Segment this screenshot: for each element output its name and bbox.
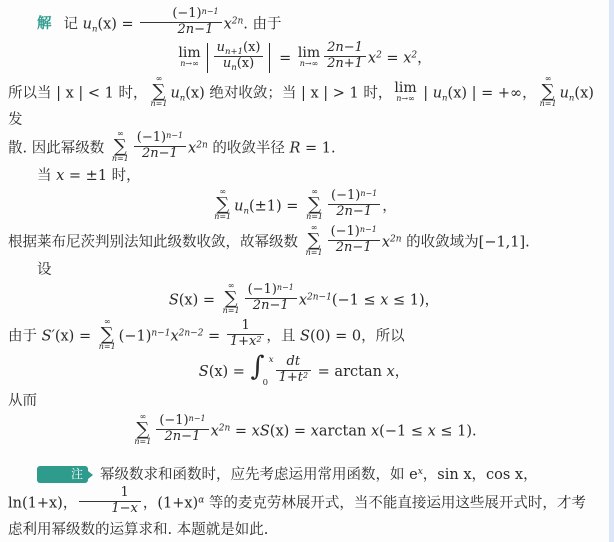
math-fraction: (−1)n−12n−1: [156, 414, 208, 445]
cn-text-run: 绝对收敛；当 | x | > 1 时，: [205, 85, 393, 101]
math-variable: x: [428, 424, 436, 440]
math-token: (x): [209, 364, 229, 380]
math-fraction: 11+x2: [227, 319, 265, 350]
sum-lower-limit: n=1: [134, 438, 151, 446]
math-variable: x: [224, 16, 232, 32]
math-token: (x): [237, 56, 254, 71]
fraction-numerator: 2n−1: [324, 41, 366, 56]
limit-operator: limn→∞: [394, 81, 416, 103]
math-token: 2n−1: [165, 429, 201, 444]
math-fraction: (−1)n−12n−1: [134, 131, 186, 162]
math-variable: R: [289, 140, 300, 156]
math-fraction: (−1)n−12n−1: [140, 7, 221, 38]
summation-symbol: ∞∑n=1: [306, 224, 323, 257]
cn-text-run: ，(1+x): [143, 495, 198, 511]
sigma-glyph: ∑: [308, 196, 321, 213]
cn-text-run: 所以当 | x | < 1 时，: [8, 85, 147, 101]
sigma-glyph: ∑: [225, 290, 238, 307]
fraction-denominator: 2n+1: [324, 56, 366, 72]
ratio-test-formula: limn→∞un+1(x)un(x) = limn→∞2n−12n+1x2 = …: [8, 43, 600, 74]
math-token: 2n+1: [327, 56, 363, 71]
cn-text-run: 的收敛半径: [208, 140, 290, 156]
equals-sign: =: [198, 293, 219, 309]
sum-function-definition-formula: S(x) = ∞∑n=1(−1)n−12n−1x2n−1(−1 ≤ x ≤ 1)…: [8, 284, 600, 317]
sum-lower-limit: n=1: [112, 155, 129, 163]
solution-badge: 解: [37, 16, 52, 32]
fraction-numerator: (−1)n−1: [245, 283, 297, 298]
math-token: (±1): [249, 199, 282, 215]
solution-intro-line: 解记 un(x) = (−1)n−12n−1x2n. 由于: [8, 9, 600, 40]
integral-operator: ∫x0: [251, 356, 273, 388]
lim-word: lim: [178, 46, 200, 60]
math-token: (−1 ≤: [332, 293, 380, 309]
math-token: (−1): [172, 6, 201, 21]
equals-sign: =: [203, 329, 224, 345]
math-superscript: n−1: [277, 283, 294, 292]
math-variable: S′: [42, 329, 55, 345]
math-superscript: n−1: [166, 131, 183, 140]
math-variable: x: [299, 293, 307, 309]
fraction-numerator: (−1)n−1: [328, 225, 380, 240]
equals-sign: =: [382, 50, 403, 66]
cn-text-run: ，所以: [361, 329, 405, 345]
math-superscript: 2n: [196, 140, 208, 150]
textbook-solution-page: 解记 un(x) = (−1)n−12n−1x2n. 由于 limn→∞un+1…: [0, 0, 614, 542]
abs-bar: [207, 43, 208, 73]
math-fraction: dt1+t2: [276, 355, 311, 386]
convergence-discussion-line: 所以当 | x | < 1 时，∞∑n=1un(x) 绝对收敛；当 | x | …: [8, 77, 600, 131]
note-section: 注幂级数求和函数时，应先考虑运用常用函数，如 ex，sin x，cos x，ln…: [8, 464, 600, 541]
fraction-numerator: (−1)n−1: [328, 189, 380, 204]
summation-symbol: ∞∑n=1: [99, 318, 116, 351]
fraction-numerator: 1: [79, 486, 141, 501]
fraction-numerator: (−1)n−1: [134, 131, 186, 146]
sigma-glyph: ∑: [136, 421, 149, 438]
math-token: (x): [574, 85, 594, 101]
therefore-line: 从而: [8, 391, 600, 412]
math-token: ≤ 1)，: [388, 293, 439, 309]
math-fraction: 2n−12n+1: [324, 41, 366, 72]
fraction-denominator: 1+t2: [276, 370, 311, 386]
math-superscript: 2: [303, 371, 308, 380]
math-fraction: un+1(x)un(x): [214, 41, 264, 72]
math-token: ≤ 1).: [436, 424, 477, 440]
sigma-glyph: ∑: [216, 196, 229, 213]
cn-text-run: 记: [64, 16, 83, 32]
fraction-numerator: 1: [227, 319, 265, 334]
math-token: (x): [179, 293, 199, 309]
math-token: 1+t: [279, 370, 303, 385]
derivative-line: 由于 S′(x) = ∞∑n=1(−1)n−1x2n−2 = 11+x2，且 S…: [8, 320, 600, 353]
fraction-numerator: (−1)n−1: [156, 414, 208, 429]
endpoint-series-formula: ∞∑n=1un(±1) = ∞∑n=1(−1)n−12n−1，: [8, 190, 600, 223]
cn-text-run: . 由于: [243, 16, 281, 32]
math-token: 1: [241, 318, 249, 333]
math-token: (−1): [248, 282, 277, 297]
math-variable: S: [199, 364, 209, 380]
math-superscript: n−1: [189, 414, 206, 423]
math-variable: u: [217, 40, 225, 55]
math-fraction: (−1)n−12n−1: [328, 225, 380, 256]
equals-sign: =: [274, 50, 295, 66]
lim-subscript: n→∞: [396, 95, 415, 103]
cn-text-run: 当: [37, 168, 56, 184]
integral-lower-bound: 0: [263, 379, 268, 388]
summation-symbol: ∞∑n=1: [134, 413, 151, 446]
punctuation: ，: [382, 199, 397, 215]
math-variable: S: [169, 293, 179, 309]
radius-conclusion-line: 散. 因此幂级数 ∞∑n=1(−1)n−12n−1x2n 的收敛半径 R = 1…: [8, 132, 600, 165]
math-token: 2n−1: [336, 240, 372, 255]
sum-lower-limit: n=1: [540, 100, 557, 108]
equals-sign: =: [289, 424, 310, 440]
math-token: (x): [448, 85, 468, 101]
sigma-glyph: ∑: [542, 83, 555, 100]
fraction-numerator: un+1(x): [214, 41, 264, 56]
equals-sign: =: [313, 364, 334, 380]
math-superscript: 2n−2: [179, 329, 204, 339]
function-name: arctan: [319, 424, 371, 440]
cn-text-run: 从而: [8, 393, 37, 409]
summation-symbol: ∞∑n=1: [214, 188, 231, 221]
abs-bar-text: |: [419, 85, 433, 101]
math-token: = 1.: [300, 140, 335, 156]
endpoint-case-line: 当 x = ±1 时，: [8, 166, 600, 187]
sum-lower-limit: n=1: [223, 307, 240, 315]
math-token: 1−x: [111, 501, 138, 516]
math-token: (−1 ≤: [379, 424, 427, 440]
math-superscript: n−1: [151, 329, 170, 339]
fraction-numerator: dt: [276, 355, 311, 370]
page-edge-strip: [609, 0, 614, 542]
math-token: (0) = 0: [310, 329, 361, 345]
math-variable: x: [311, 424, 319, 440]
math-fraction: (−1)n−12n−1: [328, 189, 380, 220]
math-token: (x): [185, 85, 205, 101]
math-token: (−1): [119, 329, 152, 345]
math-token: 2n−1: [327, 40, 363, 55]
math-token: 1+x: [230, 334, 257, 349]
fraction-denominator: 2n−1: [245, 298, 297, 314]
math-token: 2n−1: [336, 204, 372, 219]
summation-symbol: ∞∑n=1: [150, 75, 167, 108]
integral-formula: S(x) = ∫x0dt1+t2 = arctan x，: [8, 356, 600, 388]
cn-text-run: 由于: [8, 329, 42, 345]
math-variable: u: [560, 85, 569, 101]
note-badge: 注: [37, 466, 88, 483]
equals-sign: =: [74, 329, 95, 345]
math-token: (−1): [137, 130, 166, 145]
math-superscript: 2n: [390, 235, 402, 245]
lim-word: lim: [298, 46, 320, 60]
sum-lower-limit: n=1: [306, 249, 323, 257]
math-fraction: (−1)n−12n−1: [245, 283, 297, 314]
summation-symbol: ∞∑n=1: [223, 282, 240, 315]
math-fraction: 11−x: [79, 486, 141, 517]
equals-sign: =: [230, 424, 251, 440]
lim-subscript: n→∞: [300, 60, 319, 68]
math-token: 2n−1: [253, 298, 289, 313]
final-result-formula: ∞∑n=1(−1)n−12n−1x2n = xS(x) = xarctan x(…: [8, 415, 600, 448]
math-variable: x: [387, 364, 395, 380]
integral-upper-bound: x: [269, 356, 274, 365]
math-token: 2n−1: [142, 146, 178, 161]
math-token: dt: [287, 354, 301, 369]
math-variable: u: [83, 16, 92, 32]
math-variable: x: [188, 140, 196, 156]
punctuation: ，: [395, 364, 410, 380]
note-paragraph: 注幂级数求和函数时，应先考虑运用常用函数，如 ex，sin x，cos x，ln…: [8, 464, 600, 541]
math-superscript: n−1: [360, 189, 377, 198]
fraction-denominator: 2n−1: [140, 22, 221, 38]
math-superscript: n−1: [360, 225, 377, 234]
cn-text-run: 根据莱布尼茨判别法知此级数收敛，故幂级数: [8, 235, 303, 251]
math-token: (x): [55, 329, 75, 345]
sigma-glyph: ∑: [114, 138, 127, 155]
math-variable: x: [252, 424, 260, 440]
sigma-glyph: ∑: [101, 326, 114, 343]
math-variable: u: [234, 199, 243, 215]
math-variable: x: [368, 50, 376, 66]
sum-lower-limit: n=1: [99, 343, 116, 351]
fraction-denominator: 2n−1: [328, 240, 380, 256]
summation-symbol: ∞∑n=1: [112, 130, 129, 163]
limit-operator: limn→∞: [298, 46, 320, 68]
cn-text-run: 设: [37, 262, 52, 278]
let-line: 设: [8, 260, 600, 281]
convergence-domain-line: 根据莱布尼茨判别法知此级数收敛，故幂级数 ∞∑n=1(−1)n−12n−1x2n…: [8, 226, 600, 259]
summation-symbol: ∞∑n=1: [540, 75, 557, 108]
math-variable: S: [260, 424, 270, 440]
lim-word: lim: [394, 81, 416, 95]
fraction-denominator: 1+x2: [227, 334, 265, 350]
cn-text-run: ，且: [266, 329, 300, 345]
cn-text-run: 发: [8, 112, 23, 128]
math-token: 2n−1: [178, 22, 214, 37]
punctuation: ，: [417, 50, 432, 66]
math-token: (−1): [331, 224, 360, 239]
sigma-glyph: ∑: [308, 232, 321, 249]
fraction-numerator: (−1)n−1: [140, 7, 221, 22]
fraction-denominator: un(x): [214, 56, 264, 72]
sum-lower-limit: n=1: [306, 213, 323, 221]
math-variable: x: [382, 235, 390, 251]
math-token: (x): [243, 40, 260, 55]
abs-bar: [269, 43, 270, 73]
limit-operator: limn→∞: [178, 46, 200, 68]
math-variable: x: [211, 424, 219, 440]
lim-subscript: n→∞: [180, 60, 199, 68]
fraction-denominator: 2n−1: [156, 429, 208, 445]
math-variable: x: [170, 329, 178, 345]
cn-text-run: 散. 因此幂级数: [8, 140, 109, 156]
sum-lower-limit: n=1: [150, 100, 167, 108]
function-name: arctan: [334, 364, 386, 380]
fraction-denominator: 1−x: [79, 501, 141, 517]
math-variable: S: [300, 329, 310, 345]
math-variable: u: [223, 56, 231, 71]
math-token: | = +∞，: [467, 85, 537, 101]
fraction-denominator: 2n−1: [134, 146, 186, 162]
sum-lower-limit: n=1: [214, 213, 231, 221]
math-variable: u: [170, 85, 179, 101]
math-superscript: n−1: [202, 7, 219, 16]
math-token: (−1): [159, 413, 188, 428]
summation-symbol: ∞∑n=1: [306, 188, 323, 221]
math-token: (x): [97, 16, 117, 32]
equals-sign: =: [117, 16, 138, 32]
math-variable: u: [433, 85, 442, 101]
equals-sign: =: [282, 199, 303, 215]
equals-sign: =: [228, 364, 249, 380]
cn-text-run: 幂级数求和函数时，应先考虑运用常用函数，如 e: [100, 467, 418, 483]
math-superscript: 2: [256, 335, 261, 344]
math-token: (x): [270, 424, 290, 440]
fraction-denominator: 2n−1: [328, 204, 380, 220]
math-token: 1: [120, 485, 128, 500]
sigma-glyph: ∑: [153, 83, 166, 100]
math-variable: x: [371, 424, 379, 440]
math-superscript: 2n: [232, 16, 244, 26]
math-token: (−1): [331, 188, 360, 203]
cn-text-run: 的收敛域为[−1,1].: [402, 235, 530, 251]
math-superscript: 2n−1: [307, 293, 332, 303]
math-superscript: 2n: [219, 424, 231, 434]
cn-text-run: = ±1 时，: [64, 168, 140, 184]
